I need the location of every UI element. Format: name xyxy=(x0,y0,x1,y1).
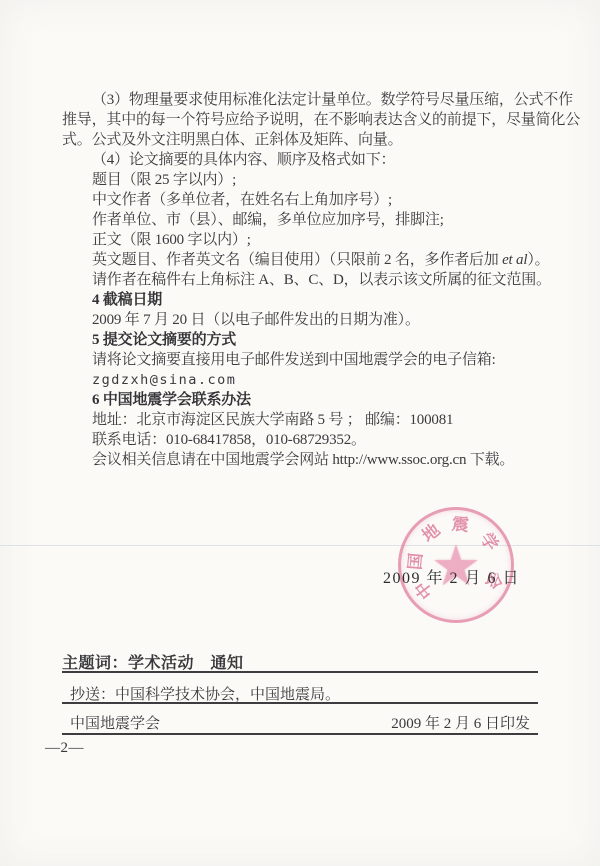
para-3-line-3: 式。公式及外文注明黑白体、正斜体及矩阵、向量。 xyxy=(62,130,562,150)
section-5-text: 请将论文摘要直接用电子邮件发送到中国地震学会的电子信箱: xyxy=(62,350,562,370)
section-6-website: 会议相关信息请在中国地震学会网站 http://www.ssoc.org.cn … xyxy=(62,450,562,470)
item-body-limit: 正文（限 1600 字以内）; xyxy=(62,230,562,250)
email-address: zgdzxh@sina.com xyxy=(62,370,562,390)
para-3-line-2: 推导，其中的每一个符号应给予说明，在不影响表达含义的前提下，尽量简化公 xyxy=(62,110,562,130)
section-4-heading: 4 截稿日期 xyxy=(62,290,562,310)
et-al-italic: et al xyxy=(502,252,527,268)
section-6-phone: 联系电话：010-68417858，010-68729352。 xyxy=(62,430,562,450)
page-number: —2— xyxy=(45,740,84,757)
issuer-underline xyxy=(62,733,538,735)
seal-char-zhen: 震 xyxy=(448,513,472,537)
cc-underline xyxy=(62,702,538,704)
item-cn-author: 中文作者（多单位者，在姓名右上角加序号）; xyxy=(62,190,562,210)
issuer-row: 中国地震学会 2009 年 2 月 6 日印发 xyxy=(70,712,530,733)
section-6-heading: 6 中国地震学会联系办法 xyxy=(62,390,562,410)
document-date: 2009 年 2 月 6 日 xyxy=(383,565,520,588)
cc-line: 抄送：中国科学技术协会，中国地震局。 xyxy=(70,683,538,704)
issuer-name: 中国地震学会 xyxy=(70,712,160,733)
section-6-address: 地址：北京市海淀区民族大学南路 5 号 ； 邮编：100081 xyxy=(62,410,562,430)
section-4-deadline: 2009 年 7 月 20 日（以电子邮件发出的日期为准）。 xyxy=(62,310,562,330)
subject-underline xyxy=(62,671,538,673)
subject-keywords: 主题词：学术活动 通知 xyxy=(62,650,542,673)
item-english-suffix: ）。 xyxy=(527,252,549,268)
section-5-heading: 5 提交论文摘要的方式 xyxy=(62,330,562,350)
item-affiliation: 作者单位、市（县）、邮编，多单位应加序号，排脚注; xyxy=(62,210,562,230)
para-4-heading: （4）论文摘要的具体内容、顺序及格式如下： xyxy=(62,150,562,170)
item-english-title: 英文题目、作者英文名（编目使用）（只限前 2 名，多作者后加 et al）。 xyxy=(62,250,562,270)
item-title: 题目（限 25 字以内）; xyxy=(62,170,562,190)
item-note: 请作者在稿件右上角标注 A、B、C、D，以表示该文所属的征文范围。 xyxy=(62,270,562,290)
item-english-prefix: 英文题目、作者英文名（编目使用）（只限前 2 名，多作者后加 xyxy=(92,252,502,268)
document-page: （3）物理量要求使用标准化法定计量单位。数学符号尽量压缩，公式不作 推导，其中的… xyxy=(0,0,600,866)
para-3-line-1: （3）物理量要求使用标准化法定计量单位。数学符号尽量压缩，公式不作 xyxy=(62,90,562,110)
issue-date: 2009 年 2 月 6 日印发 xyxy=(391,712,530,733)
document-body: （3）物理量要求使用标准化法定计量单位。数学符号尽量压缩，公式不作 推导，其中的… xyxy=(62,90,562,470)
